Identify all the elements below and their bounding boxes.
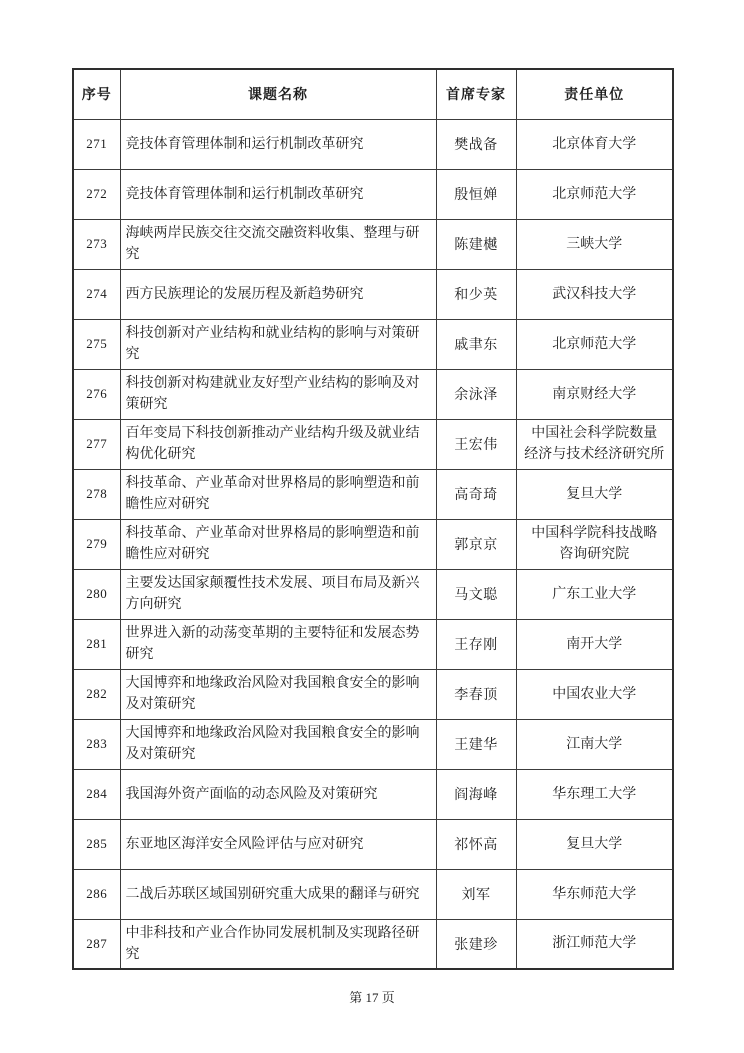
chief-expert-cell: 王建华: [436, 719, 516, 769]
responsible-unit-cell: 南京财经大学: [516, 369, 673, 419]
header-row: 序号 课题名称 首席专家 责任单位: [73, 69, 673, 119]
projects-table: 序号 课题名称 首席专家 责任单位 271 竞技体育管理体制和运行机制改革研究 …: [72, 68, 674, 970]
row-number-cell: 278: [73, 469, 120, 519]
chief-expert-cell: 樊战备: [436, 119, 516, 169]
table-row: 281 世界进入新的动荡变革期的主要特征和发展态势研究 王存刚 南开大学: [73, 619, 673, 669]
project-title-cell: 海峡两岸民族交往交流交融资料收集、整理与研究: [120, 219, 436, 269]
chief-expert-cell: 祁怀高: [436, 819, 516, 869]
table-row: 284 我国海外资产面临的动态风险及对策研究 阎海峰 华东理工大学: [73, 769, 673, 819]
responsible-unit-cell: 武汉科技大学: [516, 269, 673, 319]
project-title-cell: 科技创新对构建就业友好型产业结构的影响及对策研究: [120, 369, 436, 419]
chief-expert-cell: 殷恒婵: [436, 169, 516, 219]
project-title-cell: 科技革命、产业革命对世界格局的影响塑造和前瞻性应对研究: [120, 469, 436, 519]
chief-expert-cell: 郭京京: [436, 519, 516, 569]
row-number-cell: 282: [73, 669, 120, 719]
project-title-cell: 二战后苏联区域国别研究重大成果的翻译与研究: [120, 869, 436, 919]
table-row: 282 大国博弈和地缘政治风险对我国粮食安全的影响及对策研究 李春顶 中国农业大…: [73, 669, 673, 719]
project-title-cell: 世界进入新的动荡变革期的主要特征和发展态势研究: [120, 619, 436, 669]
row-number-cell: 277: [73, 419, 120, 469]
header-chief-expert: 首席专家: [436, 69, 516, 119]
project-title-cell: 我国海外资产面临的动态风险及对策研究: [120, 769, 436, 819]
project-title-cell: 竞技体育管理体制和运行机制改革研究: [120, 169, 436, 219]
table-row: 274 西方民族理论的发展历程及新趋势研究 和少英 武汉科技大学: [73, 269, 673, 319]
table-row: 285 东亚地区海洋安全风险评估与应对研究 祁怀高 复旦大学: [73, 819, 673, 869]
table-row: 283 大国博弈和地缘政治风险对我国粮食安全的影响及对策研究 王建华 江南大学: [73, 719, 673, 769]
row-number-cell: 275: [73, 319, 120, 369]
header-responsible-unit: 责任单位: [516, 69, 673, 119]
project-title-cell: 主要发达国家颠覆性技术发展、项目布局及新兴方向研究: [120, 569, 436, 619]
responsible-unit-cell: 中国科学院科技战略 咨询研究院: [516, 519, 673, 569]
responsible-unit-cell: 浙江师范大学: [516, 919, 673, 969]
responsible-unit-cell: 北京师范大学: [516, 319, 673, 369]
chief-expert-cell: 和少英: [436, 269, 516, 319]
project-title-cell: 竞技体育管理体制和运行机制改革研究: [120, 119, 436, 169]
table-row: 279 科技革命、产业革命对世界格局的影响塑造和前瞻性应对研究 郭京京 中国科学…: [73, 519, 673, 569]
chief-expert-cell: 余泳泽: [436, 369, 516, 419]
row-number-cell: 281: [73, 619, 120, 669]
responsible-unit-cell: 南开大学: [516, 619, 673, 669]
chief-expert-cell: 张建珍: [436, 919, 516, 969]
header-project-title: 课题名称: [120, 69, 436, 119]
table-row: 275 科技创新对产业结构和就业结构的影响与对策研究 戚聿东 北京师范大学: [73, 319, 673, 369]
responsible-unit-cell: 中国农业大学: [516, 669, 673, 719]
table-row: 276 科技创新对构建就业友好型产业结构的影响及对策研究 余泳泽 南京财经大学: [73, 369, 673, 419]
row-number-cell: 271: [73, 119, 120, 169]
project-title-cell: 百年变局下科技创新推动产业结构升级及就业结构优化研究: [120, 419, 436, 469]
row-number-cell: 273: [73, 219, 120, 269]
responsible-unit-cell: 三峡大学: [516, 219, 673, 269]
table-row: 271 竞技体育管理体制和运行机制改革研究 樊战备 北京体育大学: [73, 119, 673, 169]
chief-expert-cell: 李春顶: [436, 669, 516, 719]
page-number: 第 17 页: [0, 987, 744, 1006]
table-row: 286 二战后苏联区域国别研究重大成果的翻译与研究 刘军 华东师范大学: [73, 869, 673, 919]
row-number-cell: 284: [73, 769, 120, 819]
row-number-cell: 279: [73, 519, 120, 569]
row-number-cell: 274: [73, 269, 120, 319]
responsible-unit-cell: 复旦大学: [516, 819, 673, 869]
chief-expert-cell: 王宏伟: [436, 419, 516, 469]
chief-expert-cell: 马文聪: [436, 569, 516, 619]
chief-expert-cell: 王存刚: [436, 619, 516, 669]
responsible-unit-cell: 华东理工大学: [516, 769, 673, 819]
table-row: 280 主要发达国家颠覆性技术发展、项目布局及新兴方向研究 马文聪 广东工业大学: [73, 569, 673, 619]
header-serial-number: 序号: [73, 69, 120, 119]
row-number-cell: 280: [73, 569, 120, 619]
project-title-cell: 中非科技和产业合作协同发展机制及实现路径研究: [120, 919, 436, 969]
chief-expert-cell: 阎海峰: [436, 769, 516, 819]
project-title-cell: 科技创新对产业结构和就业结构的影响与对策研究: [120, 319, 436, 369]
row-number-cell: 276: [73, 369, 120, 419]
responsible-unit-cell: 北京体育大学: [516, 119, 673, 169]
project-title-cell: 西方民族理论的发展历程及新趋势研究: [120, 269, 436, 319]
chief-expert-cell: 陈建樾: [436, 219, 516, 269]
row-number-cell: 286: [73, 869, 120, 919]
row-number-cell: 287: [73, 919, 120, 969]
table-body: 271 竞技体育管理体制和运行机制改革研究 樊战备 北京体育大学 272 竞技体…: [73, 119, 673, 969]
table-row: 277 百年变局下科技创新推动产业结构升级及就业结构优化研究 王宏伟 中国社会科…: [73, 419, 673, 469]
responsible-unit-cell: 中国社会科学院数量 经济与技术经济研究所: [516, 419, 673, 469]
table-row: 278 科技革命、产业革命对世界格局的影响塑造和前瞻性应对研究 高奇琦 复旦大学: [73, 469, 673, 519]
document-page: 序号 课题名称 首席专家 责任单位 271 竞技体育管理体制和运行机制改革研究 …: [0, 0, 744, 1053]
table-row: 287 中非科技和产业合作协同发展机制及实现路径研究 张建珍 浙江师范大学: [73, 919, 673, 969]
row-number-cell: 272: [73, 169, 120, 219]
project-title-cell: 大国博弈和地缘政治风险对我国粮食安全的影响及对策研究: [120, 719, 436, 769]
chief-expert-cell: 高奇琦: [436, 469, 516, 519]
chief-expert-cell: 戚聿东: [436, 319, 516, 369]
project-title-cell: 大国博弈和地缘政治风险对我国粮食安全的影响及对策研究: [120, 669, 436, 719]
chief-expert-cell: 刘军: [436, 869, 516, 919]
row-number-cell: 285: [73, 819, 120, 869]
row-number-cell: 283: [73, 719, 120, 769]
project-title-cell: 科技革命、产业革命对世界格局的影响塑造和前瞻性应对研究: [120, 519, 436, 569]
responsible-unit-cell: 复旦大学: [516, 469, 673, 519]
responsible-unit-cell: 华东师范大学: [516, 869, 673, 919]
responsible-unit-cell: 江南大学: [516, 719, 673, 769]
responsible-unit-cell: 广东工业大学: [516, 569, 673, 619]
responsible-unit-cell: 北京师范大学: [516, 169, 673, 219]
project-title-cell: 东亚地区海洋安全风险评估与应对研究: [120, 819, 436, 869]
table-row: 272 竞技体育管理体制和运行机制改革研究 殷恒婵 北京师范大学: [73, 169, 673, 219]
table-header: 序号 课题名称 首席专家 责任单位: [73, 69, 673, 119]
table-row: 273 海峡两岸民族交往交流交融资料收集、整理与研究 陈建樾 三峡大学: [73, 219, 673, 269]
